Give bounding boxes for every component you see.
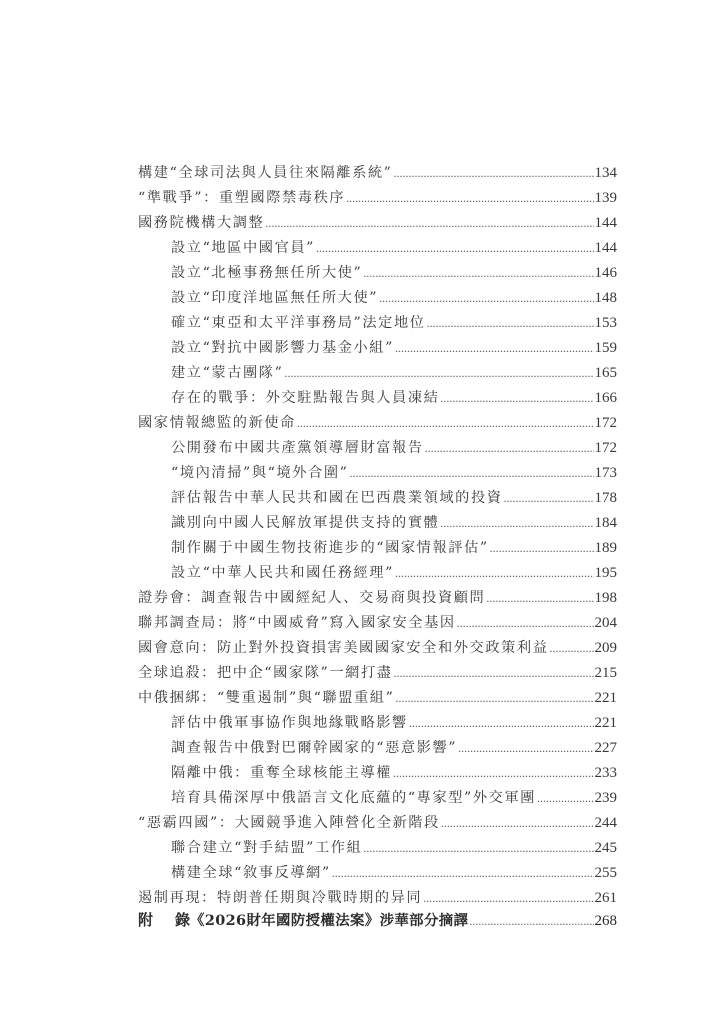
toc-entry-title: 設立“地區中國官員” xyxy=(171,236,315,261)
toc-entry-page: 153 xyxy=(595,311,618,336)
toc-subentry[interactable]: 構建全球“敘事反導網”255 xyxy=(138,861,617,886)
toc-entry-title: 隔離中俄：重奪全球核能主導權 xyxy=(171,761,392,786)
toc-entry-title: 構建全球“敘事反導網” xyxy=(171,861,331,886)
toc-entry-page: 172 xyxy=(595,411,618,436)
toc-entry-title: 國會意向：防止對外投資損害美國國家安全和外交政策利益 xyxy=(138,636,548,661)
toc-entry-page: 244 xyxy=(595,811,618,836)
dot-leader xyxy=(504,486,594,511)
toc-subentry[interactable]: 調查報告中俄對巴爾幹國家的“惡意影響”227 xyxy=(138,736,617,761)
dot-leader xyxy=(394,161,594,186)
toc-entry-page: 146 xyxy=(595,261,618,286)
toc-entry[interactable]: “惡霸四國”：大國競爭進入陣營化全新階段244 xyxy=(138,811,617,836)
dot-leader xyxy=(490,536,594,561)
dot-leader xyxy=(409,711,594,736)
dot-leader xyxy=(469,908,593,934)
toc-entry-page: 239 xyxy=(595,786,618,811)
toc-entry-page: 221 xyxy=(595,686,618,711)
toc-subentry[interactable]: 評估中俄軍事協作與地緣戰略影響221 xyxy=(138,711,617,736)
toc-entry-page: 255 xyxy=(595,861,618,886)
toc-entry[interactable]: 國會意向：防止對外投資損害美國國家安全和外交政策利益209 xyxy=(138,636,617,661)
toc-entry-page: 139 xyxy=(595,186,618,211)
toc-entry-title: “惡霸四國”：大國競爭進入陣營化全新階段 xyxy=(138,811,440,836)
appendix-label-char: 附 xyxy=(138,907,153,933)
appendix-label-char: 錄 xyxy=(175,907,190,933)
toc-entry-title: 存在的戰爭：外交駐點報告與人員凍結 xyxy=(171,386,439,411)
toc-entry-title: 評估中俄軍事協作與地緣戰略影響 xyxy=(171,711,408,736)
toc-entry-page: 209 xyxy=(595,636,618,661)
toc-entry-title: 設立“印度洋地區無任所大使” xyxy=(171,286,378,311)
toc-entry[interactable]: 構建“全球司法與人員往來隔離系統”134 xyxy=(138,161,617,186)
toc-entry-title: 調查報告中俄對巴爾幹國家的“惡意影響” xyxy=(171,736,457,761)
toc-entry-page: 165 xyxy=(595,361,618,386)
toc-entry-page: 134 xyxy=(595,161,618,186)
dot-leader xyxy=(265,211,593,236)
toc-entry[interactable]: 中俄捆綁：“雙重遏制”與“聯盟重組”221 xyxy=(138,686,617,711)
dot-leader xyxy=(395,686,593,711)
toc-entry-title: “境內清掃”與“境外合圍” xyxy=(171,461,349,486)
toc-subentry[interactable]: 制作關于中國生物技術進步的“國家情報評估”189 xyxy=(138,536,617,561)
toc-subentry[interactable]: 聯合建立“對手結盟”工作組245 xyxy=(138,836,617,861)
dot-leader xyxy=(458,736,593,761)
dot-leader xyxy=(395,561,594,586)
dot-leader xyxy=(350,461,594,486)
toc-entry-page: 159 xyxy=(595,336,618,361)
toc-entry-title: 國務院機構大調整 xyxy=(138,211,264,236)
toc-subentry[interactable]: 設立“對抗中國影響力基金小組”159 xyxy=(138,336,617,361)
toc-subentry[interactable]: 設立“中華人民共和國任務經理”195 xyxy=(138,561,617,586)
dot-leader xyxy=(346,186,593,211)
dot-leader xyxy=(363,261,593,286)
toc-subentry[interactable]: 確立“東亞和太平洋事務局”法定地位153 xyxy=(138,311,617,336)
toc-subentry[interactable]: 評估報告中華人民共和國在巴西農業領域的投資178 xyxy=(138,486,617,511)
dot-leader xyxy=(441,811,594,836)
toc-entry-title: 制作關于中國生物技術進步的“國家情報評估” xyxy=(171,536,489,561)
toc-entry-title: 建立“蒙古團隊” xyxy=(171,361,283,386)
dot-leader xyxy=(440,511,593,536)
toc-entry[interactable]: 聯邦調查局：將“中國威脅”寫入國家安全基因204 xyxy=(138,611,617,636)
toc-entry[interactable]: 全球追殺：把中企“國家隊”一網打盡215 xyxy=(138,661,617,686)
dot-leader xyxy=(425,436,594,461)
dot-leader xyxy=(395,336,594,361)
toc-entry[interactable]: 國家情報總監的新使命172 xyxy=(138,411,617,436)
toc-entry[interactable]: “準戰爭”：重塑國際禁毒秩序139 xyxy=(138,186,617,211)
appendix-label: 附錄 xyxy=(138,907,190,933)
toc-entry-title: 評估報告中華人民共和國在巴西農業領域的投資 xyxy=(171,486,503,511)
toc-subentry[interactable]: 設立“北極事務無任所大使”146 xyxy=(138,261,617,286)
toc-subentry[interactable]: 公開發布中國共產黨領導層財富報告172 xyxy=(138,436,617,461)
dot-leader xyxy=(379,286,593,311)
toc-entry-title: 公開發布中國共產黨領導層財富報告 xyxy=(171,436,424,461)
dot-leader xyxy=(297,411,594,436)
toc-appendix-entry[interactable]: 附錄 《2026財年國防授權法案》涉華部分摘譯 268 xyxy=(138,907,617,933)
table-of-contents: 構建“全球司法與人員往來隔離系統”134 “準戰爭”：重塑國際禁毒秩序139 國… xyxy=(138,161,617,911)
toc-subentry[interactable]: 存在的戰爭：外交駐點報告與人員凍結166 xyxy=(138,386,617,411)
toc-entry-page: 189 xyxy=(595,536,618,561)
dot-leader xyxy=(332,861,594,886)
toc-entry-title: 聯合建立“對手結盟”工作組 xyxy=(171,836,362,861)
toc-entry-page: 221 xyxy=(595,711,618,736)
toc-entry-title: 培育具備深厚中俄語言文化底蘊的“專家型”外交軍團 xyxy=(171,786,536,811)
toc-entry-page: 204 xyxy=(595,611,618,636)
toc-entry-page: 173 xyxy=(595,461,618,486)
dot-leader xyxy=(284,361,593,386)
toc-entry-title: 構建“全球司法與人員往來隔離系統” xyxy=(138,161,393,186)
toc-entry-page: 245 xyxy=(595,836,618,861)
toc-entry-page: 198 xyxy=(595,586,618,611)
toc-subentry[interactable]: 培育具備深厚中俄語言文化底蘊的“專家型”外交軍團239 xyxy=(138,786,617,811)
toc-entry-page: 144 xyxy=(595,236,618,261)
toc-entry-title: 識別向中國人民解放軍提供支持的實體 xyxy=(171,511,439,536)
toc-subentry[interactable]: “境內清掃”與“境外合圍”173 xyxy=(138,461,617,486)
dot-leader xyxy=(393,761,593,786)
toc-entry-page: 172 xyxy=(595,436,618,461)
dot-leader xyxy=(537,786,593,811)
toc-subentry[interactable]: 建立“蒙古團隊”165 xyxy=(138,361,617,386)
toc-entry-title: 中俄捆綁：“雙重遏制”與“聯盟重組” xyxy=(138,686,394,711)
toc-subentry[interactable]: 設立“地區中國官員”144 xyxy=(138,236,617,261)
dot-leader xyxy=(427,311,594,336)
toc-entry-page: 215 xyxy=(595,661,618,686)
toc-entry-page: 227 xyxy=(595,736,618,761)
toc-entry[interactable]: 證券會：調查報告中國經紀人、交易商與投資顧問198 xyxy=(138,586,617,611)
toc-entry-page: 178 xyxy=(595,486,618,511)
dot-leader xyxy=(440,386,593,411)
dot-leader xyxy=(316,236,593,261)
dot-leader xyxy=(394,661,594,686)
toc-entry-page: 195 xyxy=(595,561,618,586)
dot-leader xyxy=(549,636,593,661)
toc-entry-title: 國家情報總監的新使命 xyxy=(138,411,296,436)
toc-entry-title: 設立“對抗中國影響力基金小組” xyxy=(171,336,394,361)
toc-entry-page: 166 xyxy=(595,386,618,411)
toc-subentry[interactable]: 識別向中國人民解放軍提供支持的實體184 xyxy=(138,511,617,536)
toc-entry-page: 144 xyxy=(595,211,618,236)
toc-entry-title: 全球追殺：把中企“國家隊”一網打盡 xyxy=(138,661,393,686)
toc-entry-title: “準戰爭”：重塑國際禁毒秩序 xyxy=(138,186,345,211)
toc-entry-page: 148 xyxy=(595,286,618,311)
toc-entry-page: 184 xyxy=(595,511,618,536)
toc-entry-title: 聯邦調查局：將“中國威脅”寫入國家安全基因 xyxy=(138,611,456,636)
appendix-title: 《2026財年國防授權法案》涉華部分摘譯 xyxy=(190,908,468,934)
dot-leader xyxy=(363,836,593,861)
toc-entry-title: 證券會：調查報告中國經紀人、交易商與投資顧問 xyxy=(138,586,485,611)
toc-entry-page: 233 xyxy=(595,761,618,786)
toc-subentry[interactable]: 隔離中俄：重奪全球核能主導權233 xyxy=(138,761,617,786)
toc-entry-title: 確立“東亞和太平洋事務局”法定地位 xyxy=(171,311,426,336)
toc-subentry[interactable]: 設立“印度洋地區無任所大使”148 xyxy=(138,286,617,311)
toc-entry[interactable]: 國務院機構大調整144 xyxy=(138,211,617,236)
dot-leader xyxy=(486,586,593,611)
toc-entry-title: 設立“中華人民共和國任務經理” xyxy=(171,561,394,586)
appendix-page: 268 xyxy=(595,908,618,934)
dot-leader xyxy=(457,611,594,636)
toc-entry-title: 設立“北極事務無任所大使” xyxy=(171,261,362,286)
